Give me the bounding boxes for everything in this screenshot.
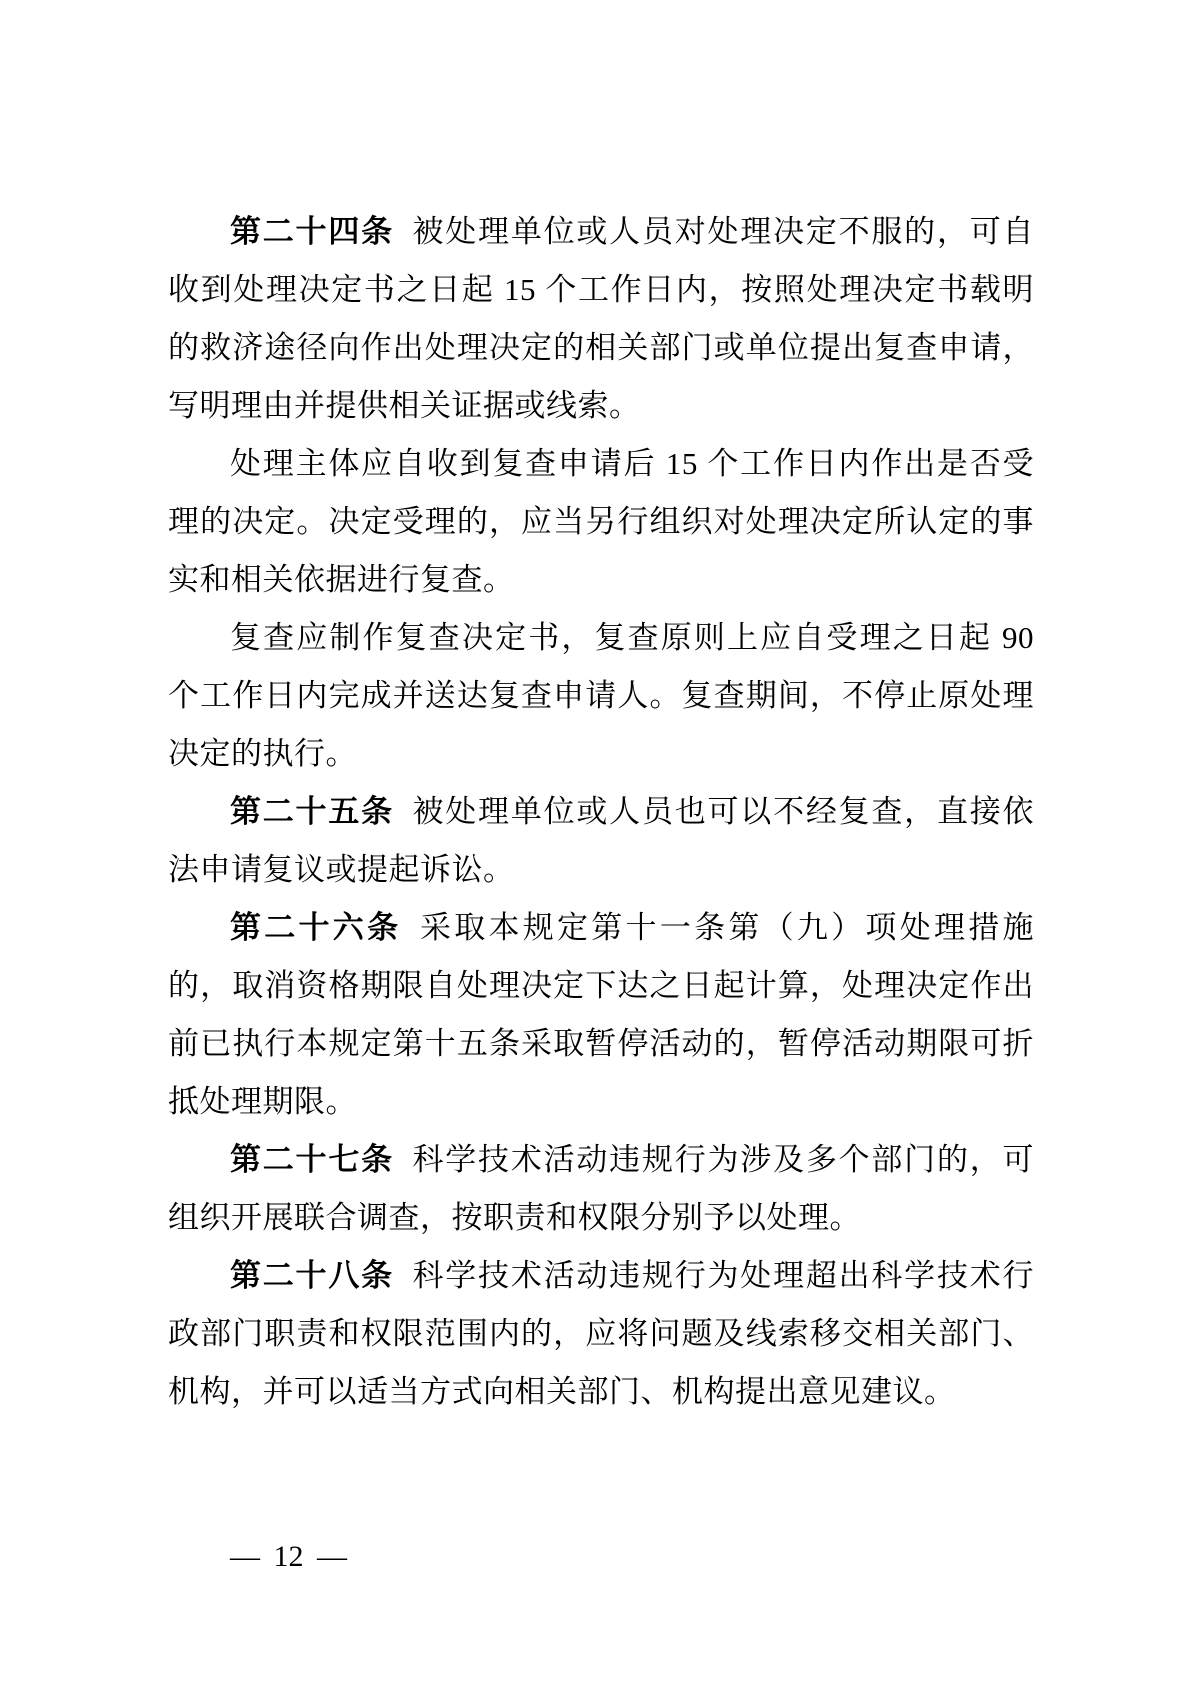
- article-27-paragraph: 第二十七条科学技术活动违规行为涉及多个部门的，可组织开展联合调查，按职责和权限分…: [168, 1131, 1034, 1247]
- article-28-paragraph: 第二十八条科学技术活动违规行为处理超出科学技术行政部门职责和权限范围内的，应将问…: [168, 1247, 1034, 1421]
- page-footer: — 12 —: [203, 1503, 347, 1575]
- article-24-number: 第二十四条: [230, 214, 394, 249]
- article-25-number: 第二十五条: [230, 794, 394, 829]
- article-24-paragraph-3: 复查应制作复查决定书，复查原则上应自受理之日起 90 个工作日内完成并送达复查申…: [168, 609, 1034, 783]
- article-27-number: 第二十七条: [230, 1142, 394, 1177]
- document-body: 第二十四条被处理单位或人员对处理决定不服的，可自收到处理决定书之日起 15 个工…: [168, 203, 1034, 1421]
- article-24-paragraph-2: 处理主体应自收到复查申请后 15 个工作日内作出是否受理的决定。决定受理的，应当…: [168, 435, 1034, 609]
- page-number: — 12 —: [230, 1540, 347, 1573]
- article-25-paragraph: 第二十五条被处理单位或人员也可以不经复查，直接依法申请复议或提起诉讼。: [168, 783, 1034, 899]
- article-24-paragraph-3-text: 复查应制作复查决定书，复查原则上应自受理之日起 90 个工作日内完成并送达复查申…: [168, 620, 1034, 771]
- article-28-number: 第二十八条: [230, 1258, 394, 1293]
- article-26-paragraph: 第二十六条采取本规定第十一条第（九）项处理措施的，取消资格期限自处理决定下达之日…: [168, 899, 1034, 1131]
- article-26-number: 第二十六条: [230, 910, 401, 945]
- article-24-paragraph-2-text: 处理主体应自收到复查申请后 15 个工作日内作出是否受理的决定。决定受理的，应当…: [168, 446, 1034, 597]
- article-24-paragraph-1: 第二十四条被处理单位或人员对处理决定不服的，可自收到处理决定书之日起 15 个工…: [168, 203, 1034, 435]
